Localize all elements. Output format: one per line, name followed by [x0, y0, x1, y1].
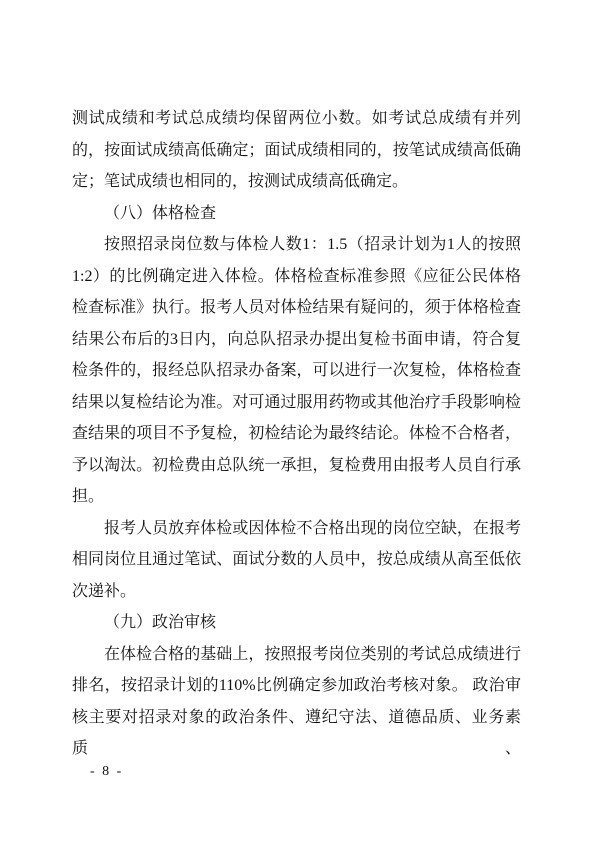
text-line: 结果公布后的3日内，向总队招录办提出复检书面申请，符合复 — [72, 324, 521, 356]
text-line: 定；笔试成绩也相同的，按测试成绩高低确定。 — [72, 166, 521, 198]
text-line: 的，按面试成绩高低确定；面试成绩相同的，按笔试成绩高低确 — [72, 135, 521, 167]
text-line: 检查标准》执行。报考人员对体检结果有疑问的，须于体格检查 — [72, 292, 521, 324]
section-heading: （八）体格检查 — [72, 198, 521, 230]
text-line: 核主要对招录对象的政治条件、遵纪守法、道德品质、业务素质、 — [72, 702, 521, 734]
text-line: 结果以复检结论为准。对可通过服用药物或其他治疗手段影响检 — [72, 387, 521, 419]
text-line: 检条件的，报经总队招录办备案，可以进行一次复检，体格检查 — [72, 355, 521, 387]
text-line: 在体检合格的基础上，按照报考岗位类别的考试总成绩进行 — [72, 639, 521, 671]
text-line: 担。 — [72, 481, 521, 513]
text-block: 测试成绩和考试总成绩均保留两位小数。如考试总成绩有并列 的，按面试成绩高低确定；… — [72, 103, 521, 733]
text-line: 查结果的项目不予复检，初检结论为最终结论。体检不合格者， — [72, 418, 521, 450]
text-line: 次递补。 — [72, 576, 521, 608]
text-line: 相同岗位且通过笔试、面试分数的人员中，按总成绩从高至低依 — [72, 544, 521, 576]
text-line: 予以淘汰。初检费由总队统一承担，复检费用由报考人员自行承 — [72, 450, 521, 482]
text-line: 1:2）的比例确定进入体检。体格检查标准参照《应征公民体格 — [72, 261, 521, 293]
page-number: - 8 - — [90, 764, 123, 780]
text-line: 报考人员放弃体检或因体检不合格出现的岗位空缺，在报考 — [72, 513, 521, 545]
text-line: 按照招录岗位数与体检人数1：1.5（招录计划为1人的按照 — [72, 229, 521, 261]
text-line: 测试成绩和考试总成绩均保留两位小数。如考试总成绩有并列 — [72, 103, 521, 135]
section-heading: （九）政治审核 — [72, 607, 521, 639]
text-line: 排名，按招录计划的110%比例确定参加政治考核对象。 政治审 — [72, 670, 521, 702]
document-page: 测试成绩和考试总成绩均保留两位小数。如考试总成绩有并列 的，按面试成绩高低确定；… — [0, 0, 596, 842]
